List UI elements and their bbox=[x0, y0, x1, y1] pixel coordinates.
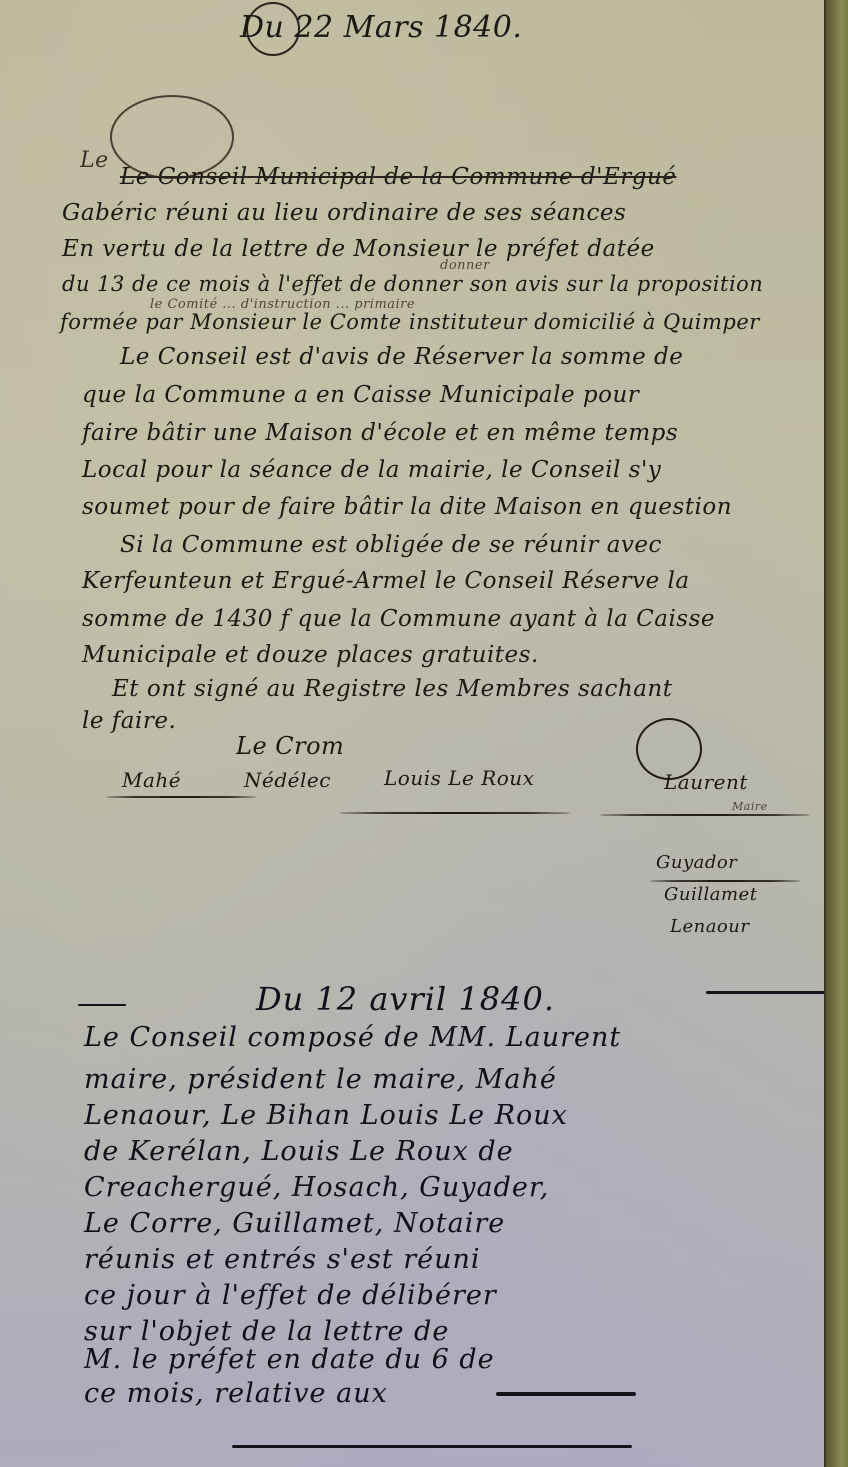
entry2-line-10: M. le préfet en date du 6 de bbox=[84, 1344, 495, 1375]
entry1-line-11: Si la Commune est obligée de se réunir a… bbox=[120, 532, 662, 558]
signature-underline bbox=[340, 812, 570, 814]
signature-guyador: Guyador bbox=[656, 852, 737, 873]
entry1-line-16: le faire. bbox=[82, 708, 176, 734]
entry1-line-14: Municipale et douze places gratuites. bbox=[82, 642, 539, 668]
signature-lenaour: Lenaour bbox=[670, 916, 749, 937]
entry1-line-6: Le Conseil est d'avis de Réserver la som… bbox=[120, 344, 683, 370]
book-binding-edge bbox=[824, 0, 848, 1467]
signature-louis-le-roux: Louis Le Roux bbox=[384, 766, 534, 790]
entry1-date-heading: Du 22 Mars 1840. bbox=[240, 10, 522, 45]
signature-laurent: Laurent bbox=[664, 770, 748, 794]
signature-underline bbox=[650, 880, 800, 882]
entry2-line-6: Le Corre, Guillamet, Notaire bbox=[84, 1208, 505, 1239]
entry1-line-7: que la Commune a en Caisse Municipale po… bbox=[82, 382, 639, 408]
closing-rule bbox=[232, 1445, 632, 1448]
entry1-line-2: Gabéric réuni au lieu ordinaire de ses s… bbox=[62, 200, 626, 226]
entry1-line-1: Le Conseil Municipal de la Commune d'Erg… bbox=[120, 164, 676, 190]
strikeout-mark bbox=[496, 1392, 636, 1396]
signature-underline bbox=[106, 796, 256, 798]
signature-le-crom: Le Crom bbox=[236, 732, 344, 760]
entry1-line-4: du 13 de ce mois à l'effet de donner son… bbox=[62, 272, 763, 296]
entry1-line-12: Kerfeunteun et Ergué-Armel le Conseil Ré… bbox=[82, 568, 690, 594]
heading-rule-left bbox=[78, 1004, 126, 1006]
entry1-line-15: Et ont signé au Registre les Membres sac… bbox=[112, 676, 672, 702]
entry2-date-heading: Du 12 avril 1840. bbox=[256, 980, 555, 1018]
entry2-line-5: Creachergué, Hosach, Guyader, bbox=[84, 1172, 549, 1203]
signature-title-maire: Maire bbox=[732, 800, 768, 813]
entry1-line-5: formée par Monsieur le Comte instituteur… bbox=[60, 310, 760, 334]
insertion-1: donner bbox=[440, 258, 490, 273]
entry2-line-2: maire, président le maire, Mahé bbox=[84, 1064, 557, 1095]
entry2-line-11: ce mois, relative aux bbox=[84, 1378, 388, 1409]
entry1-line-8: faire bâtir une Maison d'école et en mêm… bbox=[82, 420, 678, 446]
signature-mahe: Mahé bbox=[122, 768, 181, 792]
heading-rule-right bbox=[706, 991, 830, 994]
entry2-line-4: de Kerélan, Louis Le Roux de bbox=[84, 1136, 514, 1167]
entry2-line-7: réunis et entrés s'est réuni bbox=[84, 1244, 481, 1275]
entry2-line-8: ce jour à l'effet de délibérer bbox=[84, 1280, 497, 1311]
entry1-line-5-text: formée par Monsieur le Comte instituteur… bbox=[60, 310, 760, 334]
struck-text: Le Conseil Municipal de la Commune d'Erg… bbox=[120, 164, 676, 190]
margin-mark: Le bbox=[80, 148, 109, 173]
signature-nedelec: Nédélec bbox=[244, 768, 331, 792]
register-page: Du 22 Mars 1840. Le Le Conseil Municipal… bbox=[0, 0, 828, 1467]
entry1-line-13: somme de 1430 f que la Commune ayant à l… bbox=[82, 606, 715, 632]
entry2-line-1: Le Conseil composé de MM. Laurent bbox=[84, 1022, 621, 1053]
signature-underline bbox=[600, 814, 810, 816]
entry1-line-3: En vertu de la lettre de Monsieur le pré… bbox=[62, 236, 655, 262]
entry1-line-10: soumet pour de faire bâtir la dite Maiso… bbox=[82, 494, 732, 520]
signature-guillamet: Guillamet bbox=[664, 884, 757, 905]
entry1-line-9: Local pour la séance de la mairie, le Co… bbox=[82, 457, 661, 483]
entry2-line-9: sur l'objet de la lettre de bbox=[84, 1316, 449, 1347]
entry2-line-3: Lenaour, Le Bihan Louis Le Roux bbox=[84, 1100, 568, 1131]
